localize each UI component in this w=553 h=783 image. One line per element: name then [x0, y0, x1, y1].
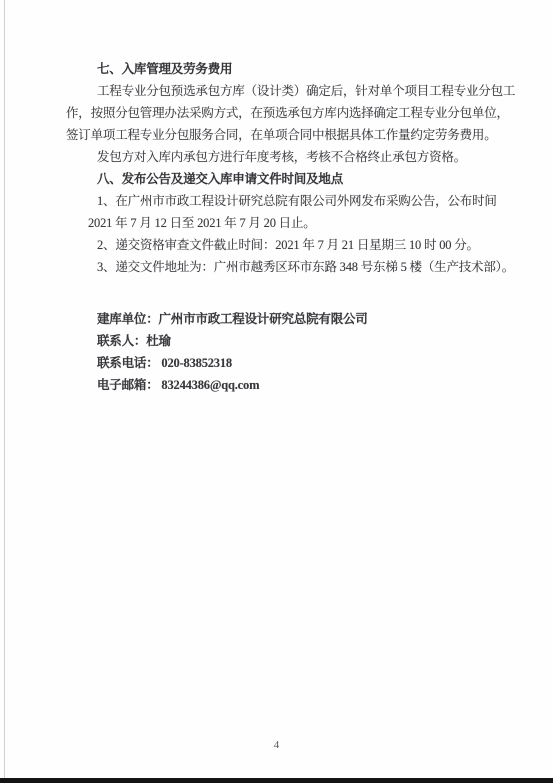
text-line: 作，按照分包管理办法采购方式，在预选承包方库内选择确定工程专业分包单位，: [66, 102, 494, 124]
page-number: 4: [0, 739, 553, 751]
text-line: 工程专业分包预选承包方库（设计类）确定后，针对单个项目工程专业分包工: [66, 80, 494, 102]
text-line: 八、发布公告及递交入库申请文件时间及地点: [66, 168, 494, 190]
text-line: 联系人：杜瑜: [66, 330, 494, 352]
text-line: 发包方对入库内承包方进行年度考核，考核不合格终止承包方资格。: [66, 146, 494, 168]
document-content: 七、入库管理及劳务费用工程专业分包预选承包方库（设计类）确定后，针对单个项目工程…: [66, 58, 494, 396]
text-line: 联系电话： 020-83852318: [66, 352, 494, 374]
page-left-edge-line: [4, 0, 5, 783]
text-line: 2、递交资格审查文件截止时间：2021 年 7 月 21 日星期三 10 时 0…: [66, 234, 494, 256]
scan-bottom-bar: [0, 778, 553, 783]
text-line: 3、递交文件地址为：广州市越秀区环市东路 348 号东梯 5 楼（生产技术部）。: [66, 256, 494, 278]
text-line: [66, 278, 494, 308]
text-line: 2021 年 7 月 12 日至 2021 年 7 月 20 日止。: [66, 212, 494, 234]
text-line: 电子邮箱： 83244386@qq.com: [66, 374, 494, 396]
text-line: 七、入库管理及劳务费用: [66, 58, 494, 80]
text-line: 1、在广州市市政工程设计研究总院有限公司外网发布采购公告，公布时间: [66, 190, 494, 212]
document-page: 七、入库管理及劳务费用工程专业分包预选承包方库（设计类）确定后，针对单个项目工程…: [0, 0, 553, 783]
text-line: 建库单位：广州市市政工程设计研究总院有限公司: [66, 308, 494, 330]
text-line: 签订单项工程专业分包服务合同，在单项合同中根据具体工作量约定劳务费用。: [66, 124, 494, 146]
